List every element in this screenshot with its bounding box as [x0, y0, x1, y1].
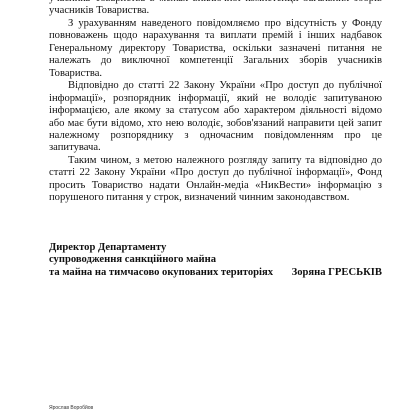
- paragraph-2: З урахуванням наведеного повідомляємо пр…: [49, 18, 382, 80]
- signature-block: Директор Департаменту супроводження санк…: [49, 242, 382, 279]
- document-body: учасника Товариства в межах виключної ко…: [49, 0, 382, 279]
- signatory-name: Зоряна ГРЕСЬКІВ: [292, 267, 382, 279]
- paragraph-3: Відповідно до статті 22 Закону України «…: [49, 80, 382, 155]
- signatory-title-line-2: супроводження санкційного майна: [49, 254, 382, 266]
- signatory-title-line-3: та майна на тимчасово окупованих територ…: [49, 267, 382, 279]
- executor-note: Ярослав Воробйов: [49, 405, 93, 411]
- paragraph-4: Таким чином, з метою належного розгляду …: [49, 155, 382, 205]
- signatory-title-line-1: Директор Департаменту: [49, 242, 382, 254]
- signatory-title-line-3-text: та майна на тимчасово окупованих територ…: [49, 267, 273, 278]
- paragraph-1: учасника Товариства в межах виключної ко…: [49, 0, 382, 18]
